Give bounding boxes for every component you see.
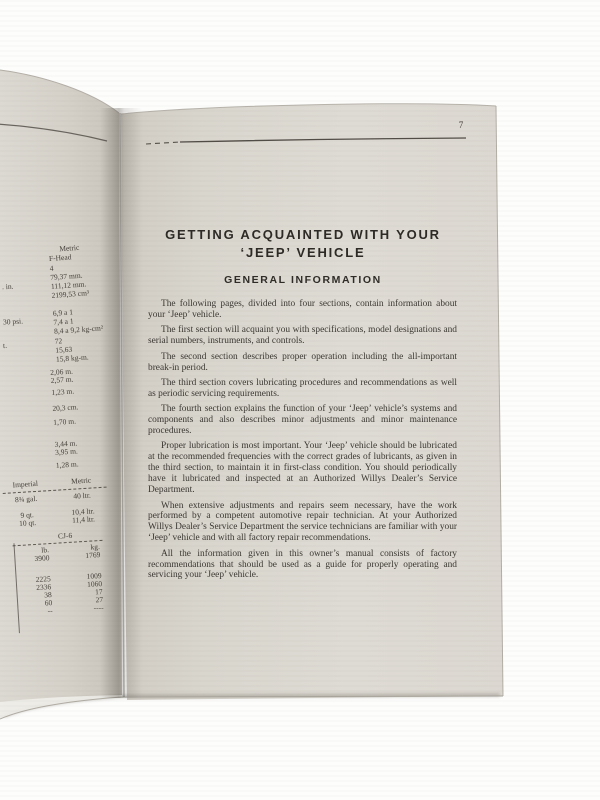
paragraph: The second section describes proper oper… [148, 352, 457, 374]
dimension-value: 1,70 m. [53, 417, 79, 427]
paragraph: Proper lubrication is most important. Yo… [148, 441, 457, 496]
dimension-value: 2,57 m. [51, 376, 77, 386]
metric-value: 11,4 ltr. [60, 515, 106, 526]
capacities-rows: 8¾ gal. 40 ltr. 9 qt. 10,4 ltr. 10 qt. 1… [3, 491, 109, 530]
spec-value: 15,8 kg-m. [56, 352, 106, 365]
dimension-value: 3,95 m. [55, 447, 81, 457]
column-header: Metric [58, 475, 104, 487]
paragraph: All the information given in this owner’… [148, 549, 457, 582]
paragraph: The third section covers lubricating pro… [148, 378, 457, 400]
column-header: Imperial [2, 478, 48, 490]
paragraph: When extensive adjustments and repairs s… [148, 501, 457, 545]
capacities-table: Imperial Metric 8¾ gal. 40 ltr. 9 qt. 10… [2, 475, 109, 530]
imperial-value: 10 qt. [4, 519, 50, 530]
paragraph: The following pages, divided into four s… [148, 299, 457, 321]
paragraph: The fourth section explains the function… [148, 404, 457, 437]
chapter-title: GETTING ACQUAINTED WITH YOUR ‘JEEP’ VEHI… [145, 226, 461, 261]
cj6-rows: 3900 1769 2225 1009 2336 1060 38 [3, 551, 107, 618]
dimension-value: 1,23 m. [51, 388, 77, 398]
dimension-value: 20,3 cm. [52, 403, 78, 413]
dimension-column: 2,06 m.2,57 m.1,23 m.20,3 cm.1,70 m.3,44… [50, 367, 82, 470]
body-paragraphs: The following pages, divided into four s… [148, 299, 457, 586]
cut-imperial-value: t. [3, 342, 7, 350]
kilogram-value: 1769 [52, 551, 100, 562]
cj6-header: CJ-6 [2, 530, 102, 544]
page-number: 7 [452, 120, 470, 130]
chapter-title-line1: GETTING ACQUAINTED WITH YOUR [145, 226, 461, 244]
metric-specs-column: MetricF-Head479,37 mm.111,12 mm.2199,53 … [48, 242, 105, 365]
cj6-table: CJ-6 lb. kg. 3900 1769 2225 1009 [2, 530, 107, 618]
metric-value: 40 ltr. [59, 491, 105, 502]
cut-imperial-value: . in. [2, 283, 14, 292]
spec-value: 2199,53 cm³ [51, 288, 101, 301]
paragraph: The first section will acquaint you with… [148, 325, 457, 347]
imperial-value: 8¾ gal. [3, 494, 49, 505]
open-book-photo: . in. 30 psi. t. MetricF-Head479,37 mm.1… [0, 0, 600, 800]
kilogram-value: ---- [55, 604, 103, 615]
dimension-value: 1,28 m. [56, 461, 82, 471]
left-page-content: . in. 30 psi. t. MetricF-Head479,37 mm.1… [0, 0, 135, 800]
pound-value: -- [7, 607, 53, 618]
pound-value: 3900 [3, 554, 49, 565]
cut-imperial-value: 30 psi. [3, 317, 23, 326]
section-heading: GENERAL INFORMATION [145, 274, 461, 286]
chapter-title-line2: ‘JEEP’ VEHICLE [145, 244, 461, 262]
